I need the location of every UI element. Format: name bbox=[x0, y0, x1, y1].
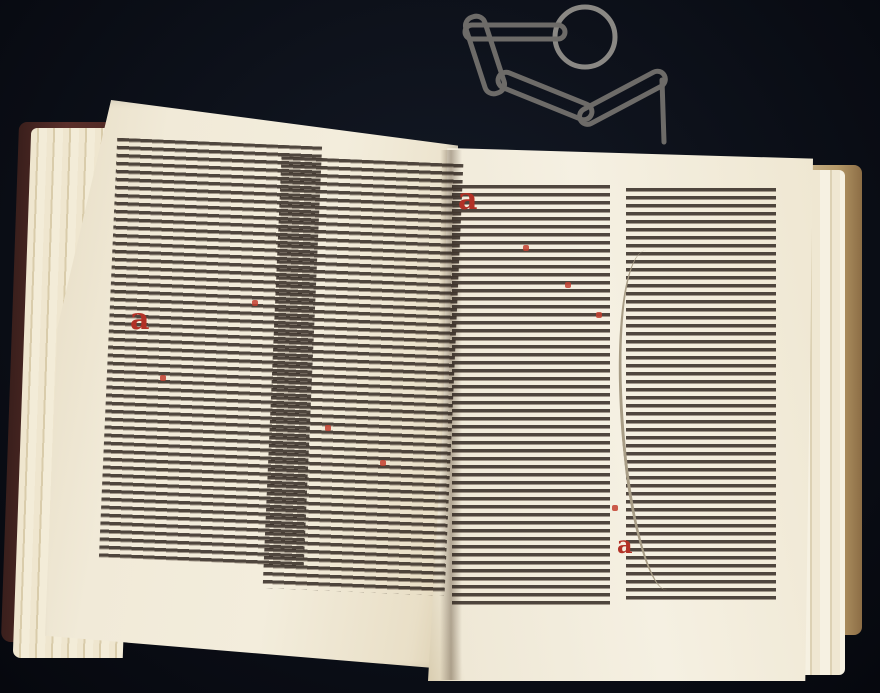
red-initial-right-top: a bbox=[458, 185, 477, 215]
rubric-mark bbox=[325, 425, 331, 431]
rubric-mark bbox=[252, 300, 258, 306]
rubric-mark bbox=[565, 282, 571, 288]
rubric-mark bbox=[380, 460, 386, 466]
rubric-mark bbox=[160, 375, 166, 381]
red-initial-left: a bbox=[130, 305, 149, 335]
red-initial-right-bottom: a bbox=[617, 533, 633, 557]
left-page-text-column-2 bbox=[263, 156, 464, 596]
right-page-text-column-1 bbox=[452, 185, 610, 605]
rubric-mark bbox=[612, 505, 618, 511]
iron-chain-icon bbox=[450, 0, 690, 160]
rubric-mark bbox=[523, 245, 529, 251]
photo-scene: a a a bbox=[0, 0, 880, 693]
rubric-mark bbox=[596, 312, 602, 318]
